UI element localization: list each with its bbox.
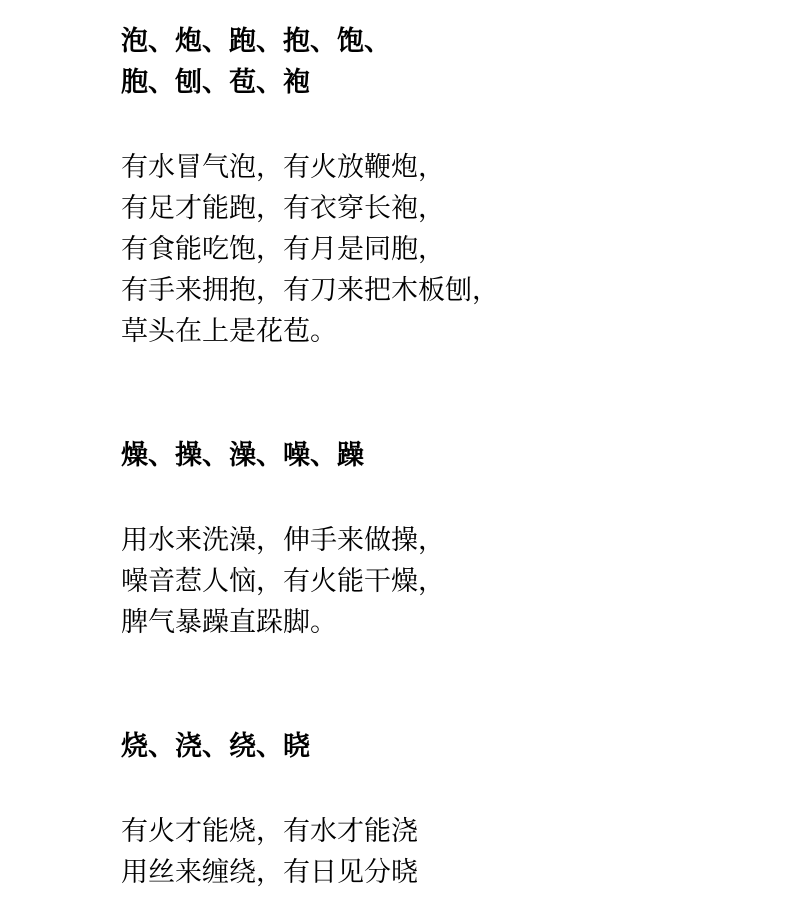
- poem-line: 用丝来缠绕，有日见分晓: [121, 852, 754, 893]
- document-page: 泡、炮、跑、抱、饱、 胞、刨、苞、袍 有水冒气泡，有火放鞭炮， 有足才能跑，有衣…: [0, 0, 794, 899]
- poem-line: 有水冒气泡，有火放鞭炮，: [121, 147, 754, 188]
- section-title-line: 燥、操、澡、噪、躁: [121, 435, 754, 476]
- poem-line: 用水来洗澡，伸手来做操，: [121, 520, 754, 561]
- poem-line: 草头在上是花苞。: [121, 311, 754, 352]
- section-poem: 有水冒气泡，有火放鞭炮， 有足才能跑，有衣穿长袍， 有食能吃饱，有月是同胞， 有…: [121, 147, 754, 352]
- section-title: 烧、浇、绕、晓: [121, 726, 754, 767]
- poem-line: 有食能吃饱，有月是同胞，: [121, 229, 754, 270]
- section-pao-family: 泡、炮、跑、抱、饱、 胞、刨、苞、袍 有水冒气泡，有火放鞭炮， 有足才能跑，有衣…: [121, 21, 754, 352]
- section-shao-family: 烧、浇、绕、晓 有火才能烧，有水才能浇 用丝来缠绕，有日见分晓: [121, 726, 754, 893]
- poem-line: 脾气暴躁直跺脚。: [121, 602, 754, 643]
- section-title-line: 胞、刨、苞、袍: [121, 62, 754, 103]
- poem-line: 有手来拥抱，有刀来把木板刨，: [121, 270, 754, 311]
- poem-line: 有足才能跑，有衣穿长袍，: [121, 188, 754, 229]
- section-poem: 有火才能烧，有水才能浇 用丝来缠绕，有日见分晓: [121, 811, 754, 893]
- section-poem: 用水来洗澡，伸手来做操， 噪音惹人恼，有火能干燥， 脾气暴躁直跺脚。: [121, 520, 754, 643]
- section-zao-family: 燥、操、澡、噪、躁 用水来洗澡，伸手来做操， 噪音惹人恼，有火能干燥， 脾气暴躁…: [121, 435, 754, 643]
- section-title: 燥、操、澡、噪、躁: [121, 435, 754, 476]
- section-title: 泡、炮、跑、抱、饱、 胞、刨、苞、袍: [121, 21, 754, 103]
- section-title-line: 泡、炮、跑、抱、饱、: [121, 21, 754, 62]
- section-title-line: 烧、浇、绕、晓: [121, 726, 754, 767]
- poem-line: 有火才能烧，有水才能浇: [121, 811, 754, 852]
- poem-line: 噪音惹人恼，有火能干燥，: [121, 561, 754, 602]
